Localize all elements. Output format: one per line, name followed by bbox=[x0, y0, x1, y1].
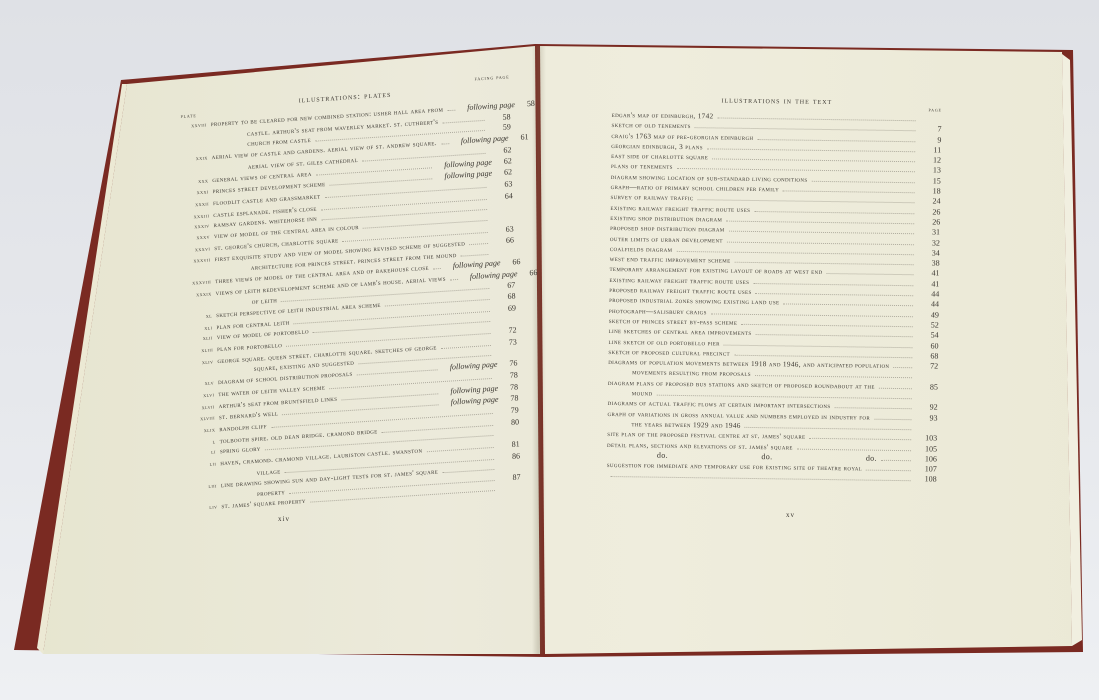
text-illustration-page: 9 bbox=[921, 135, 941, 146]
plates-list: Facing page Illustrations: Plates Plate … bbox=[180, 74, 521, 514]
leader-dots bbox=[676, 251, 913, 255]
leader-dots bbox=[611, 476, 911, 481]
following-page-note: following page bbox=[444, 169, 492, 182]
plate-page-number: 81 bbox=[500, 439, 520, 450]
plate-number: xl bbox=[186, 312, 216, 324]
plate-number: xlvi bbox=[188, 391, 218, 403]
text-illustration-page: 24 bbox=[920, 197, 940, 208]
leader-dots bbox=[450, 278, 458, 280]
text-illustration-page: 32 bbox=[920, 238, 940, 249]
following-page-note: following page bbox=[453, 258, 501, 271]
plate-number: l bbox=[190, 438, 220, 450]
plate-number: xxix bbox=[182, 154, 212, 166]
text-illustration-page: 60 bbox=[918, 341, 938, 352]
leader-dots bbox=[442, 120, 484, 124]
right-folio: xv bbox=[786, 511, 795, 519]
leader-dots bbox=[881, 460, 911, 461]
text-illustration-page: 92 bbox=[918, 403, 938, 414]
text-illustration-page: 72 bbox=[918, 361, 938, 372]
text-illustrations-list: Illustrations in the Text PageEdgar's Ma… bbox=[607, 93, 942, 485]
plate-number: xxviii bbox=[181, 121, 211, 133]
plate-number: xxxvi bbox=[184, 245, 214, 257]
plate-page-number: 61 bbox=[508, 132, 528, 143]
text-illustration-page: 49 bbox=[919, 310, 939, 321]
leader-dots bbox=[755, 334, 912, 337]
plate-page-number: 73 bbox=[497, 337, 517, 348]
plate-page-number: 62 bbox=[492, 168, 512, 179]
plate-page-number: 59 bbox=[491, 123, 511, 134]
leader-dots bbox=[879, 387, 912, 388]
leader-dots bbox=[711, 313, 913, 317]
following-page-note: following page bbox=[467, 100, 515, 113]
ditto-mark: do. bbox=[761, 452, 772, 462]
plate-number: xxxiv bbox=[184, 222, 214, 234]
plate-page-number: 64 bbox=[493, 191, 513, 202]
plate-number: xliv bbox=[187, 358, 217, 370]
text-illustration-page: 41 bbox=[919, 279, 939, 290]
plate-number: li bbox=[190, 449, 220, 461]
leader-dots bbox=[874, 418, 911, 420]
plate-number: xxxiii bbox=[183, 212, 213, 224]
text-illustration-page: 85 bbox=[918, 382, 938, 393]
text-illustration-page: 11 bbox=[921, 145, 941, 156]
text-illustration-page: 93 bbox=[917, 413, 937, 424]
plate-number: xxxix bbox=[185, 290, 215, 302]
text-illustration-page: 26 bbox=[920, 217, 940, 228]
leader-dots bbox=[797, 448, 911, 451]
plate-number: xxxii bbox=[183, 200, 213, 212]
text-illustration-page: 31 bbox=[920, 228, 940, 239]
leader-dots bbox=[707, 148, 915, 152]
left-folio: xiv bbox=[278, 515, 290, 523]
following-page-note: following page bbox=[450, 360, 498, 373]
text-illustration-page: 103 bbox=[917, 433, 937, 444]
leader-dots bbox=[726, 221, 914, 225]
plate-number: xxxv bbox=[184, 233, 214, 245]
leader-dots bbox=[447, 110, 455, 112]
plate-page-number: 79 bbox=[499, 405, 519, 416]
plate-page-number: 62 bbox=[491, 145, 511, 156]
text-illustration-page: 44 bbox=[919, 289, 939, 300]
leader-dots bbox=[717, 117, 915, 121]
leader-dots bbox=[834, 407, 911, 409]
leader-dots bbox=[469, 243, 488, 245]
following-page-note: following page bbox=[461, 134, 509, 147]
text-illustration-page: 34 bbox=[920, 248, 940, 259]
plate-page-number: 67 bbox=[495, 281, 515, 292]
plate-number bbox=[181, 138, 211, 140]
leader-dots bbox=[826, 273, 913, 275]
plate-number: xlviii bbox=[189, 414, 219, 426]
plate-page-number: 72 bbox=[496, 325, 516, 336]
leader-dots bbox=[809, 438, 911, 440]
plate-number: xli bbox=[186, 324, 216, 336]
plate-page-number: 63 bbox=[492, 179, 512, 190]
leader-dots bbox=[724, 344, 913, 348]
following-page-note: following page bbox=[470, 269, 518, 282]
text-illustration-page: 68 bbox=[918, 351, 938, 362]
text-illustration-page: 105 bbox=[917, 444, 937, 455]
plate-page-number bbox=[500, 468, 520, 469]
plate-page-number: 80 bbox=[499, 417, 519, 428]
plate-number: xliii bbox=[187, 346, 217, 358]
plate-number: xlii bbox=[187, 335, 217, 347]
plate-number bbox=[182, 171, 212, 173]
leader-dots bbox=[442, 468, 494, 472]
plate-number: lii bbox=[190, 460, 220, 472]
plate-number bbox=[191, 498, 221, 500]
plate-page-number: 76 bbox=[497, 359, 517, 370]
plate-number bbox=[186, 306, 216, 308]
following-page-note: following page bbox=[444, 157, 492, 170]
leader-dots bbox=[695, 127, 916, 131]
plate-page-number bbox=[496, 321, 516, 322]
text-illustration-page: 41 bbox=[919, 269, 939, 280]
leader-dots bbox=[734, 355, 912, 358]
plate-number: xlv bbox=[188, 379, 218, 391]
plate-number: liii bbox=[191, 482, 221, 494]
plate-page-number: 78 bbox=[498, 382, 518, 393]
plate-page-number bbox=[499, 435, 519, 436]
plate-page-number: 78 bbox=[498, 370, 518, 381]
plate-page-number bbox=[501, 489, 521, 490]
plate-number: liv bbox=[191, 503, 221, 515]
plate-page-number: 66 bbox=[500, 257, 520, 268]
text-illustration-page: 54 bbox=[919, 331, 939, 342]
text-illustration-page: 26 bbox=[920, 207, 940, 218]
leader-dots bbox=[712, 159, 915, 163]
leader-dots bbox=[433, 268, 441, 270]
leader-dots bbox=[734, 262, 913, 266]
plate-page-number: 87 bbox=[501, 473, 521, 484]
leader-dots bbox=[811, 181, 914, 183]
leader-dots bbox=[783, 190, 915, 193]
plate-page-number: 66 bbox=[494, 236, 514, 247]
text-illustration-page: 38 bbox=[920, 258, 940, 269]
leader-dots bbox=[893, 367, 912, 368]
page-column-label: Page bbox=[928, 107, 941, 113]
leader-dots bbox=[697, 200, 914, 204]
leader-dots bbox=[754, 211, 914, 214]
leader-dots bbox=[866, 470, 911, 472]
text-illustration-page: 13 bbox=[921, 166, 941, 177]
plate-page-number: 69 bbox=[496, 303, 516, 314]
plate-number bbox=[191, 477, 221, 479]
leader-dots bbox=[729, 231, 914, 235]
plate-number bbox=[185, 272, 215, 274]
plate-page-number bbox=[493, 209, 513, 210]
plate-page-number: 86 bbox=[500, 451, 520, 462]
plate-page-number: 58 bbox=[490, 112, 510, 123]
text-illustration-page: 15 bbox=[921, 176, 941, 187]
leader-dots bbox=[745, 427, 912, 430]
plate-number bbox=[182, 149, 212, 151]
plate-number: xlvii bbox=[189, 403, 219, 415]
following-page-note: following page bbox=[451, 395, 499, 408]
following-page-note: following page bbox=[450, 383, 498, 396]
leader-dots bbox=[727, 241, 914, 245]
text-illustrations-entries: PageEdgar's Map of Edinburgh, 1742Sketch… bbox=[607, 103, 942, 485]
leader-dots bbox=[741, 324, 913, 327]
text-illustration-page: 12 bbox=[921, 156, 941, 167]
plate-page-number: 58 bbox=[515, 99, 535, 110]
plate-number bbox=[188, 374, 218, 376]
text-illustration-page: 7 bbox=[921, 125, 941, 136]
plate-page-number: 62 bbox=[492, 156, 512, 167]
plate-page-number bbox=[494, 253, 514, 254]
plate-number: xxxi bbox=[183, 188, 213, 200]
ditto-mark: do. bbox=[657, 450, 668, 460]
plate-number: xxxviii bbox=[185, 278, 215, 290]
leader-dots bbox=[756, 293, 914, 296]
leader-dots bbox=[757, 139, 915, 142]
plate-page-number bbox=[493, 219, 513, 220]
plate-number: xlix bbox=[189, 426, 219, 438]
leader-dots bbox=[755, 375, 912, 378]
ditto-mark: do. bbox=[866, 453, 877, 463]
plate-page-number: 63 bbox=[494, 224, 514, 235]
plate-page-number: 78 bbox=[498, 394, 518, 405]
text-illustration-page: 44 bbox=[919, 300, 939, 311]
plate-number: xxxvii bbox=[185, 257, 215, 269]
leader-dots bbox=[461, 254, 489, 257]
text-illustration-title: Mound bbox=[608, 388, 653, 399]
leader-dots bbox=[441, 345, 491, 349]
leader-dots bbox=[441, 143, 449, 145]
text-illustration-page: 107 bbox=[917, 464, 937, 475]
plate-page-number: 66 bbox=[517, 267, 537, 278]
leader-dots bbox=[677, 168, 915, 172]
plates-entries: xxviiiProperty to be cleared for New Com… bbox=[181, 100, 521, 514]
leader-dots bbox=[426, 447, 493, 452]
plate-number: xxx bbox=[182, 177, 212, 189]
plate-column-label: Plate bbox=[181, 113, 197, 120]
leader-dots bbox=[783, 304, 913, 307]
leader-dots bbox=[753, 283, 913, 286]
book-gutter bbox=[532, 46, 546, 654]
text-illustration-page: 18 bbox=[921, 186, 941, 197]
text-illustration-page: 52 bbox=[919, 320, 939, 331]
text-illustration-page: 108 bbox=[917, 475, 937, 486]
text-illustration-page: 106 bbox=[917, 454, 937, 465]
plate-page-number bbox=[497, 355, 517, 356]
leader-dots bbox=[357, 370, 438, 376]
plate-page-number: 68 bbox=[495, 291, 515, 302]
